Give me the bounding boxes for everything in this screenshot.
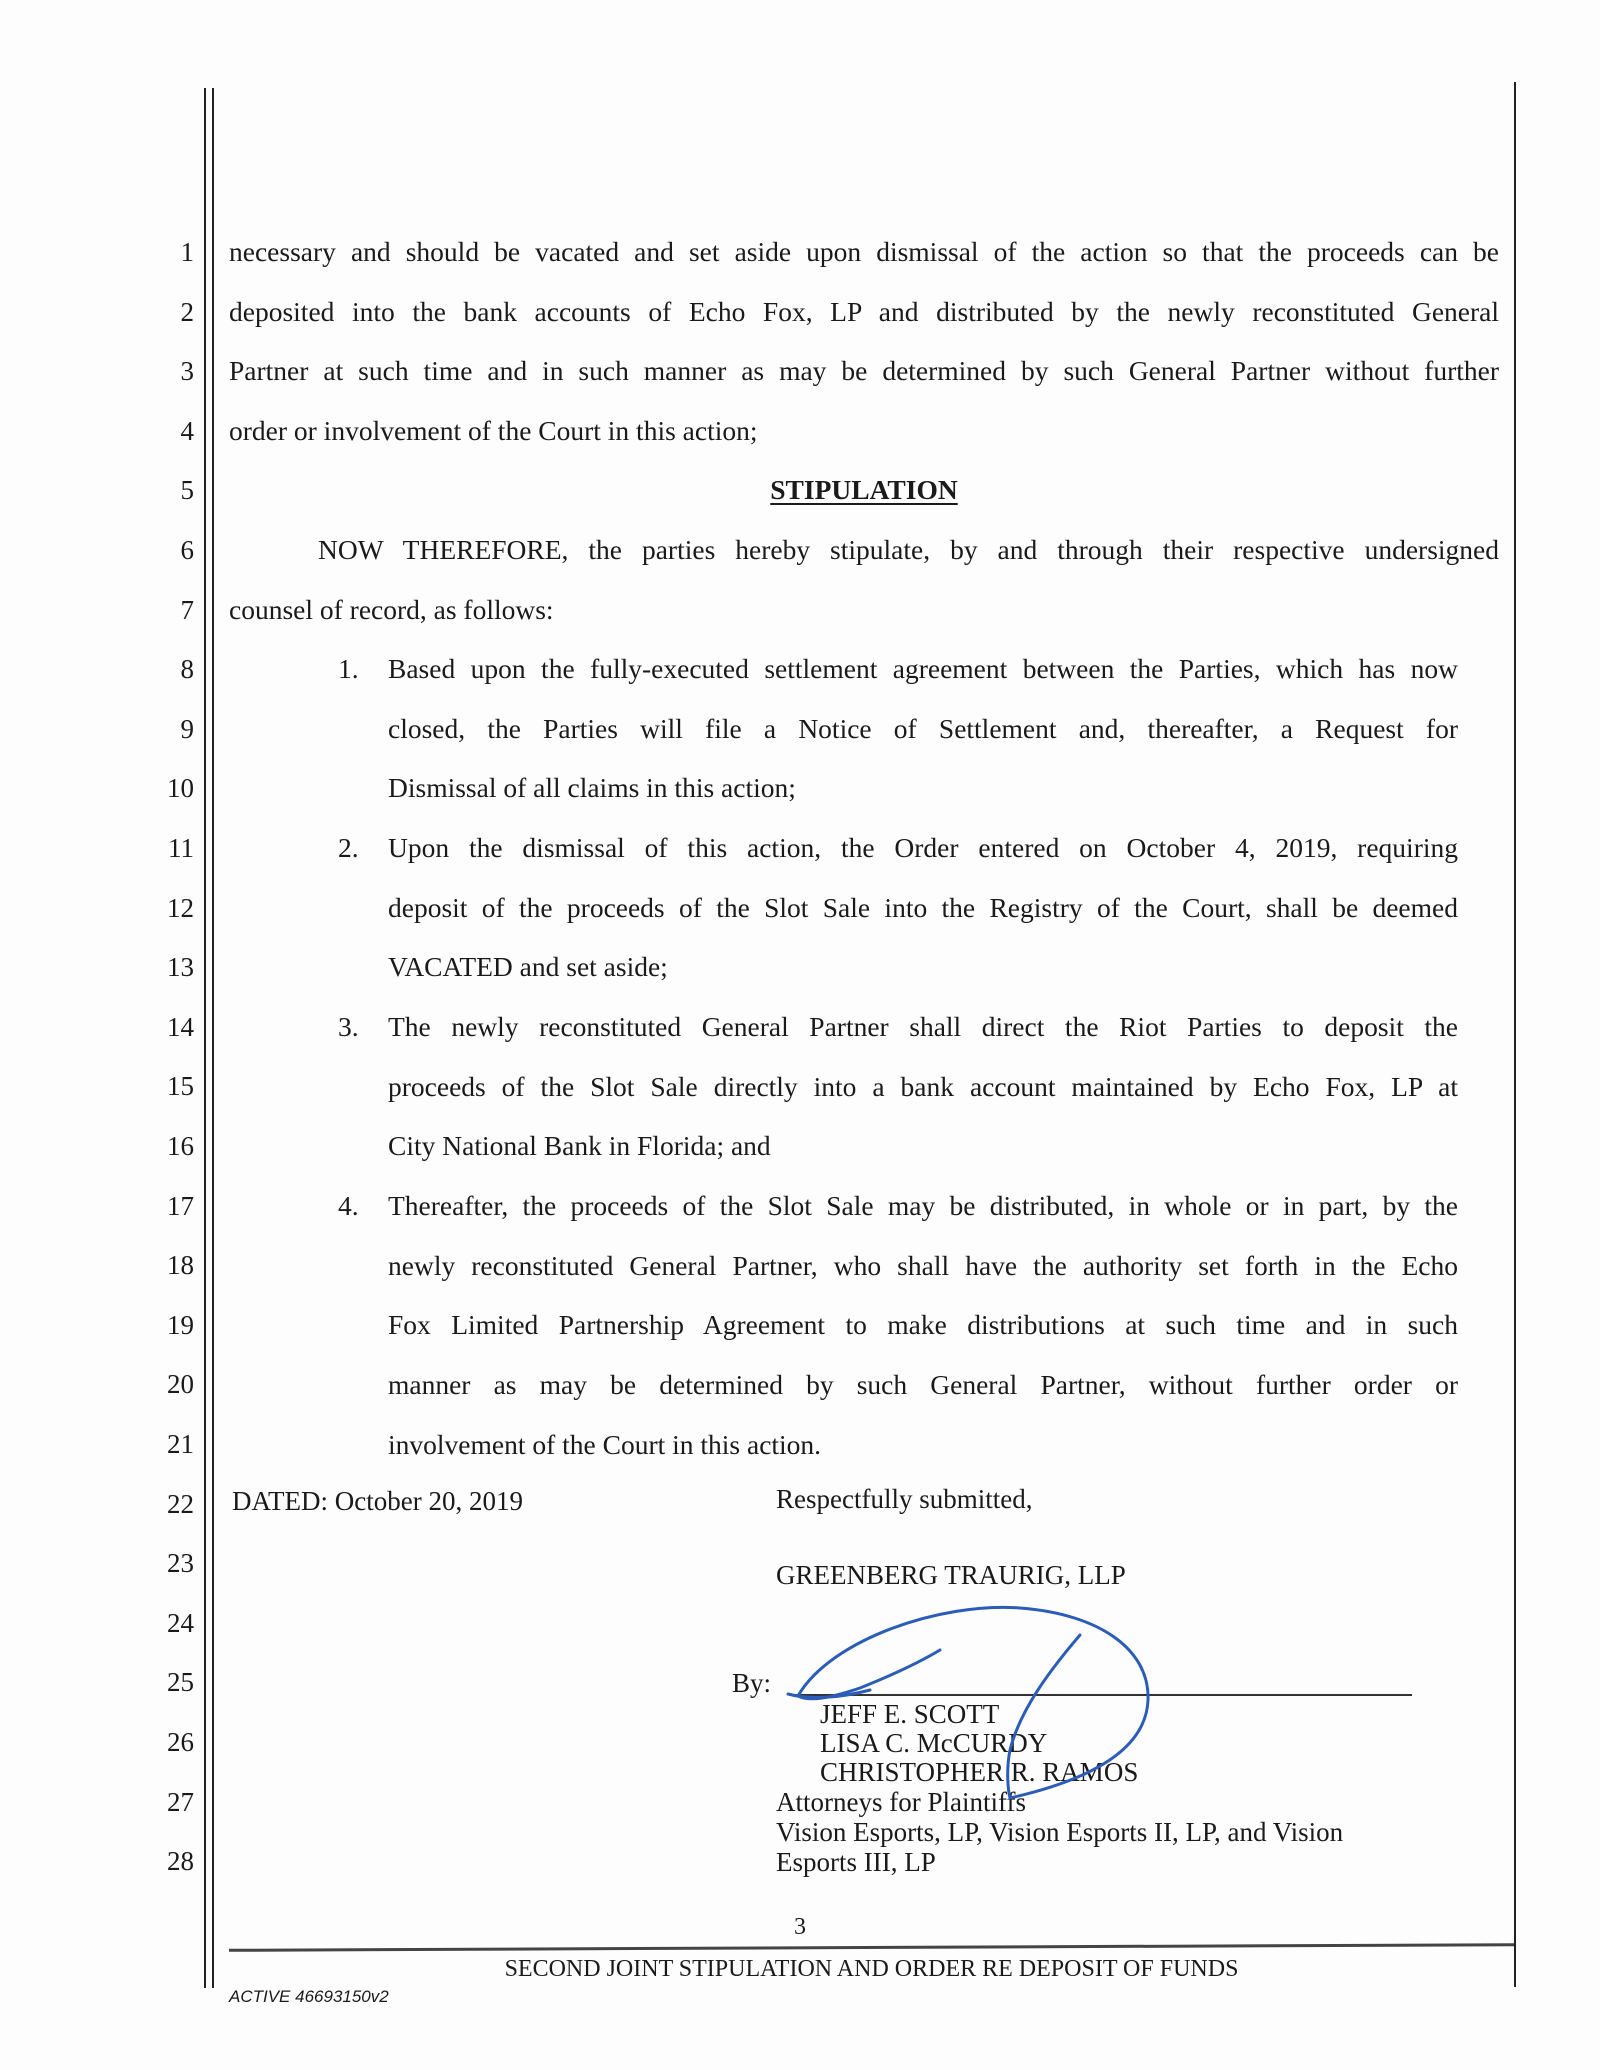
line-number: 13 [150,952,194,982]
dated-line: DATED: October 20, 2019 [232,1486,523,1516]
line-number: 15 [150,1071,194,1101]
line-number: 17 [150,1191,194,1221]
item-number: 4. [338,1191,359,1221]
line-number: 19 [150,1310,194,1340]
line-number: 11 [150,833,194,863]
line-number: 12 [150,893,194,923]
preamble-line: NOW THEREFORE, the parties hereby stipul… [318,535,1499,565]
body-line: necessary and should be vacated and set … [229,237,1499,267]
item-line: Based upon the fully-executed settlement… [388,654,1458,684]
section-heading-text: STIPULATION [770,474,957,505]
item-line: involvement of the Court in this action. [388,1430,821,1460]
body-line: deposited into the bank accounts of Echo… [229,297,1499,327]
handwritten-signature-icon [770,1590,1190,1810]
left-margin-rule-outer [204,88,206,1988]
line-number: 23 [150,1548,194,1578]
law-firm-name: GREENBERG TRAURIG, LLP [776,1560,1126,1590]
by-label: By: [732,1668,771,1698]
item-line: Dismissal of all claims in this action; [388,773,796,803]
document-id: ACTIVE 46693150v2 [229,1987,389,2007]
line-number: 3 [150,356,194,386]
document-page: 1234567891011121314151617181920212223242… [0,0,1600,2070]
item-line: Fox Limited Partnership Agreement to mak… [388,1310,1458,1340]
line-number: 18 [150,1250,194,1280]
line-number: 9 [150,714,194,744]
line-number: 27 [150,1787,194,1817]
body-line: Partner at such time and in such manner … [229,356,1499,386]
line-number: 6 [150,535,194,565]
item-line: Upon the dismissal of this action, the O… [388,833,1458,863]
footer-title: SECOND JOINT STIPULATION AND ORDER RE DE… [229,1956,1514,1983]
line-number: 2 [150,297,194,327]
left-margin-rule-inner [212,88,214,1988]
item-line: closed, the Parties will file a Notice o… [388,714,1458,744]
line-number: 22 [150,1489,194,1519]
item-line: newly reconstituted General Partner, who… [388,1251,1458,1281]
line-number: 16 [150,1131,194,1161]
page-number: 3 [0,1914,1600,1941]
line-number: 20 [150,1369,194,1399]
line-number: 21 [150,1429,194,1459]
line-number: 10 [150,773,194,803]
preamble-line: counsel of record, as follows: [229,595,554,625]
line-number: 28 [150,1846,194,1876]
item-line: manner as may be determined by such Gene… [388,1370,1458,1400]
item-line: City National Bank in Florida; and [388,1131,771,1161]
item-number: 2. [338,833,359,863]
line-number: 4 [150,416,194,446]
item-line: VACATED and set aside; [388,952,668,982]
line-number: 5 [150,475,194,505]
line-number: 24 [150,1608,194,1638]
item-number: 1. [338,654,359,684]
line-number: 25 [150,1667,194,1697]
line-number: 26 [150,1727,194,1757]
section-heading: STIPULATION [229,475,1499,505]
footer-rule [229,1943,1514,1952]
item-line: proceeds of the Slot Sale directly into … [388,1072,1458,1102]
item-line: deposit of the proceeds of the Slot Sale… [388,893,1458,923]
client-line: Esports III, LP [776,1848,936,1877]
item-line: The newly reconstituted General Partner … [388,1012,1458,1042]
line-number: 1 [150,237,194,267]
closing-text: Respectfully submitted, [776,1484,1032,1514]
item-number: 3. [338,1012,359,1042]
line-number: 8 [150,654,194,684]
client-line: Vision Esports, LP, Vision Esports II, L… [776,1818,1343,1847]
body-line: order or involvement of the Court in thi… [229,416,758,446]
item-line: Thereafter, the proceeds of the Slot Sal… [388,1191,1458,1221]
right-margin-rule [1514,82,1516,1987]
line-number: 7 [150,595,194,625]
line-number: 14 [150,1012,194,1042]
